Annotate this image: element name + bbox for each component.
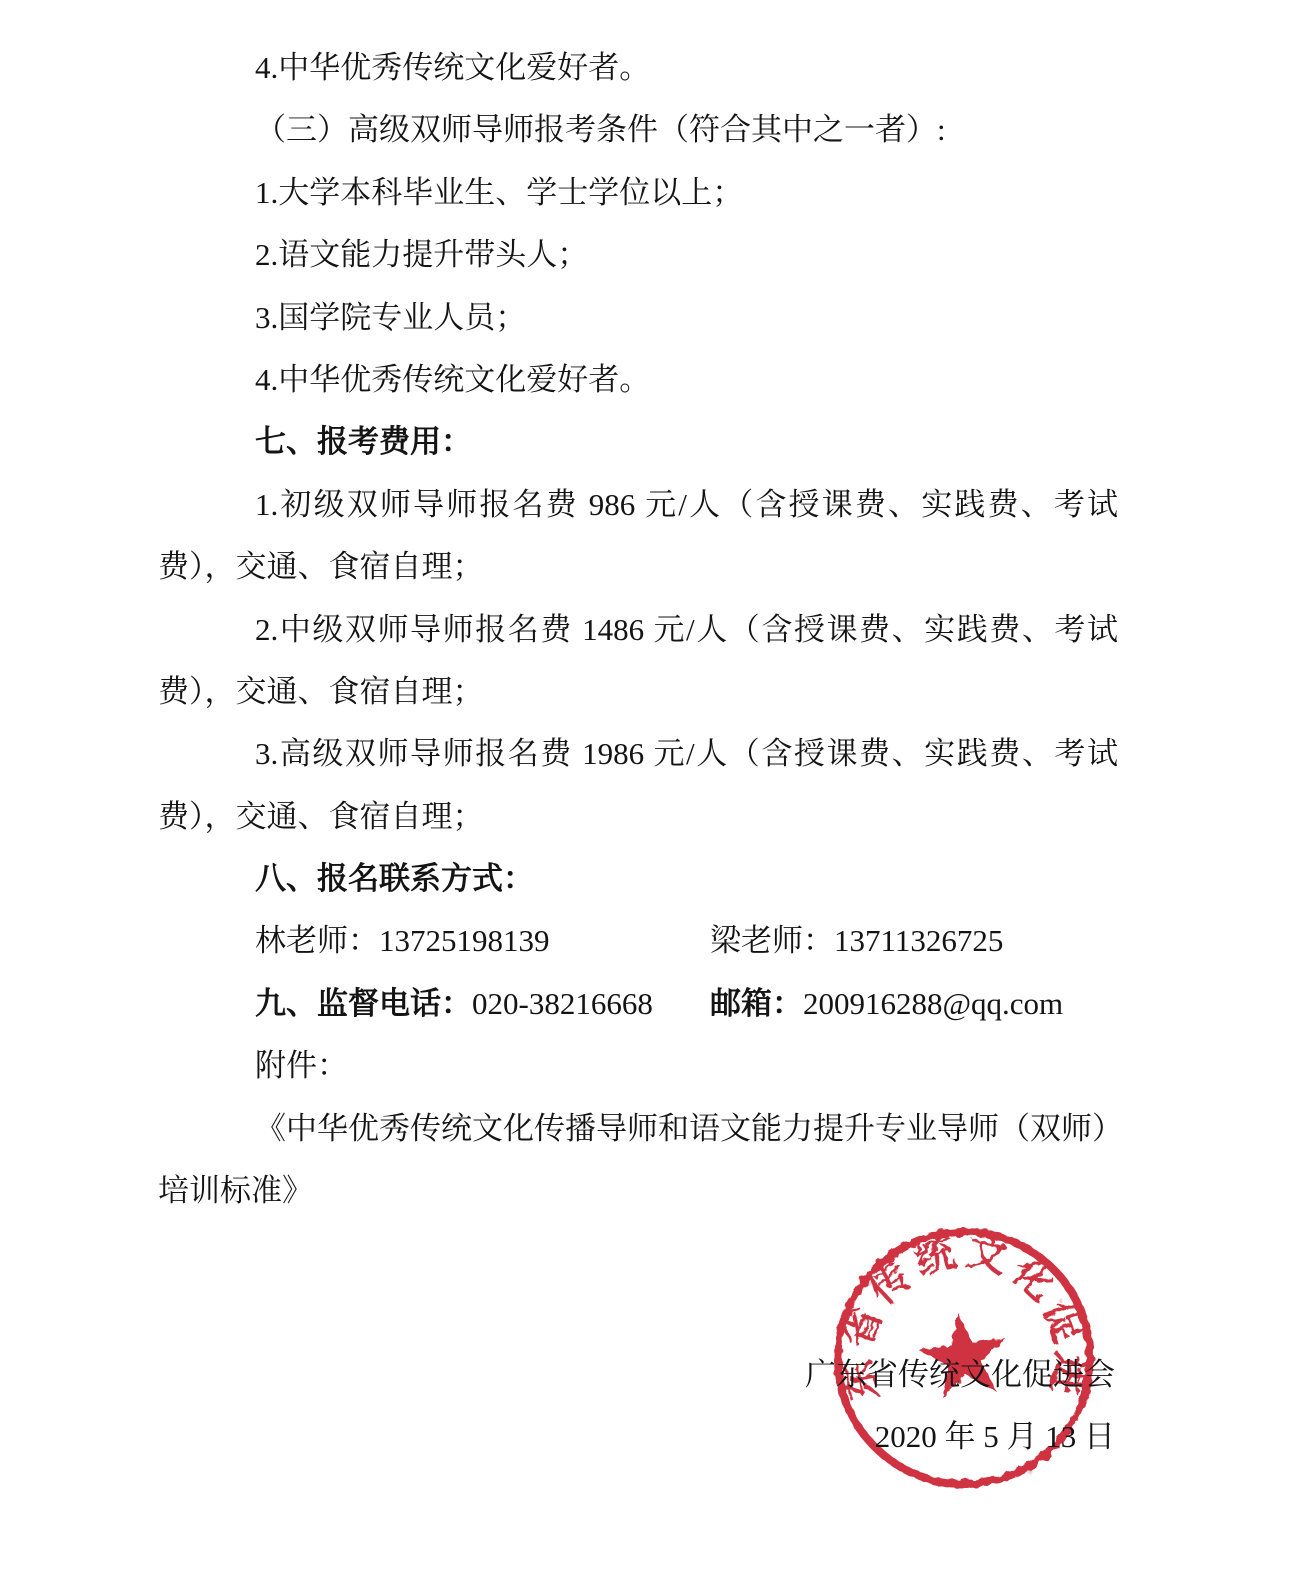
- email-group: 邮箱：200916288@qq.com: [710, 973, 1063, 1035]
- list-item-academy-professional: 3.国学院专业人员；: [158, 287, 1118, 349]
- contact-line: 林老师：13725198139 梁老师：13711326725: [158, 910, 1118, 972]
- document-body: 4.中华优秀传统文化爱好者。 （三）高级双师导师报考条件（符合其中之一者）: 1…: [158, 37, 1118, 1222]
- fee-senior-line1: 3.高级双师导师报名费 1986 元/人（含授课费、实践费、考试: [158, 723, 1118, 785]
- signature-date: 2020 年 5 月 13 日: [805, 1406, 1115, 1468]
- attachment-title-line1: 《中华优秀传统文化传播导师和语文能力提升专业导师（双师）: [158, 1098, 1118, 1160]
- attachment-title-line2: 培训标准》: [158, 1160, 1118, 1222]
- section-heading-contact: 八、报名联系方式：: [158, 848, 1118, 910]
- section-heading-fees: 七、报考费用：: [158, 411, 1118, 473]
- document-page: 4.中华优秀传统文化爱好者。 （三）高级双师导师报考条件（符合其中之一者）: 1…: [0, 0, 1315, 1580]
- subsection-heading-senior-conditions: （三）高级双师导师报考条件（符合其中之一者）:: [158, 99, 1118, 161]
- email-value: 200916288@qq.com: [803, 986, 1063, 1021]
- list-item-culture-fan-junior: 4.中华优秀传统文化爱好者。: [158, 37, 1118, 99]
- fee-senior-line2: 费），交通、食宿自理；: [158, 786, 1118, 848]
- signature-org: 广东省传统文化促进会: [805, 1344, 1115, 1406]
- fee-junior-line2: 费），交通、食宿自理；: [158, 536, 1118, 598]
- signature-block: 广东省传统文化促进会 2020 年 5 月 13 日: [805, 1344, 1115, 1469]
- contact-teacher-lin: 林老师：13725198139: [255, 923, 550, 958]
- list-item-culture-fan-senior: 4.中华优秀传统文化爱好者。: [158, 349, 1118, 411]
- email-label: 邮箱：: [710, 986, 803, 1021]
- supervision-line: 九、监督电话：020-38216668 邮箱：200916288@qq.com: [158, 973, 1118, 1035]
- contact-teacher-liang: 梁老师：13711326725: [710, 910, 1003, 972]
- list-item-bachelor-degree: 1.大学本科毕业生、学士学位以上；: [158, 162, 1118, 224]
- attachment-label: 附件：: [158, 1035, 1118, 1097]
- fee-junior-line1: 1.初级双师导师报名费 986 元/人（含授课费、实践费、考试: [158, 474, 1118, 536]
- fee-intermediate-line1: 2.中级双师导师报名费 1486 元/人（含授课费、实践费、考试: [158, 599, 1118, 661]
- list-item-language-leader: 2.语文能力提升带头人；: [158, 224, 1118, 286]
- supervision-label: 九、监督电话：: [255, 986, 472, 1021]
- fee-intermediate-line2: 费），交通、食宿自理；: [158, 661, 1118, 723]
- supervision-phone: 020-38216668: [472, 986, 653, 1021]
